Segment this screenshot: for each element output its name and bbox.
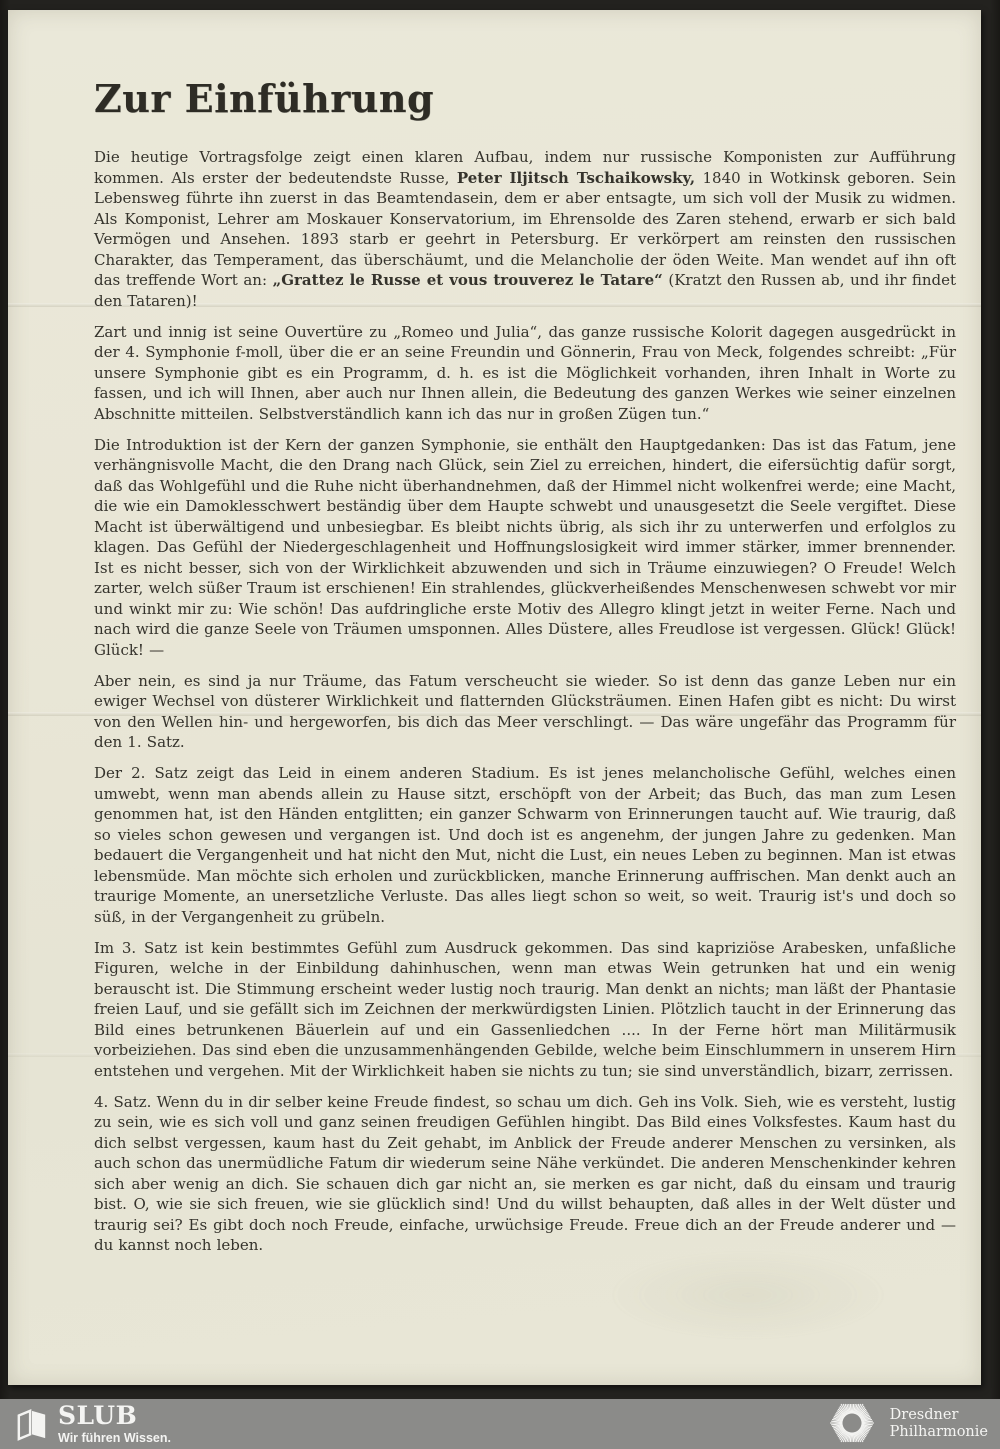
open-book-icon	[16, 1407, 48, 1445]
paragraph: Zart und innig ist seine Ouvertüre zu „R…	[94, 322, 956, 425]
page-title: Zur Einführung	[94, 76, 956, 121]
paragraph: Der 2. Satz zeigt das Leid in einem ande…	[94, 763, 956, 927]
document-paragraphs: Die heutige Vortragsfolge zeigt einen kl…	[94, 147, 956, 1256]
document-content: Zur Einführung Die heutige Vortragsfolge…	[94, 76, 956, 1266]
paragraph: Im 3. Satz ist kein bestimmtes Gefühl zu…	[94, 938, 956, 1082]
dresdner-philharmonie-label: Dresdner Philharmonie	[890, 1407, 988, 1441]
paragraph: Die heutige Vortragsfolge zeigt einen kl…	[94, 147, 956, 311]
philharmonie-line1: Dresdner	[890, 1407, 959, 1423]
scan-viewport: Zur Einführung Die heutige Vortragsfolge…	[0, 0, 1000, 1449]
philharmonie-line2: Philharmonie	[890, 1424, 988, 1440]
paragraph: Die Introduktion ist der Kern der ganzen…	[94, 435, 956, 661]
dresdner-philharmonie-logo: Dresdner Philharmonie	[826, 1399, 988, 1449]
starburst-icon	[826, 1397, 878, 1449]
slub-wordmark: SLUB	[58, 1403, 171, 1428]
slub-logo: SLUB Wir führen Wissen.	[16, 1403, 171, 1445]
paragraph: Aber nein, es sind ja nur Träume, das Fa…	[94, 671, 956, 753]
paragraph: 4. Satz. Wenn du in dir selber keine Fre…	[94, 1092, 956, 1256]
watermark-footer-bar: SLUB Wir führen Wissen. Dresdner Philhar…	[0, 1399, 1000, 1449]
scanned-page: Zur Einführung Die heutige Vortragsfolge…	[8, 10, 981, 1385]
slub-tagline: Wir führen Wissen.	[58, 1431, 171, 1445]
